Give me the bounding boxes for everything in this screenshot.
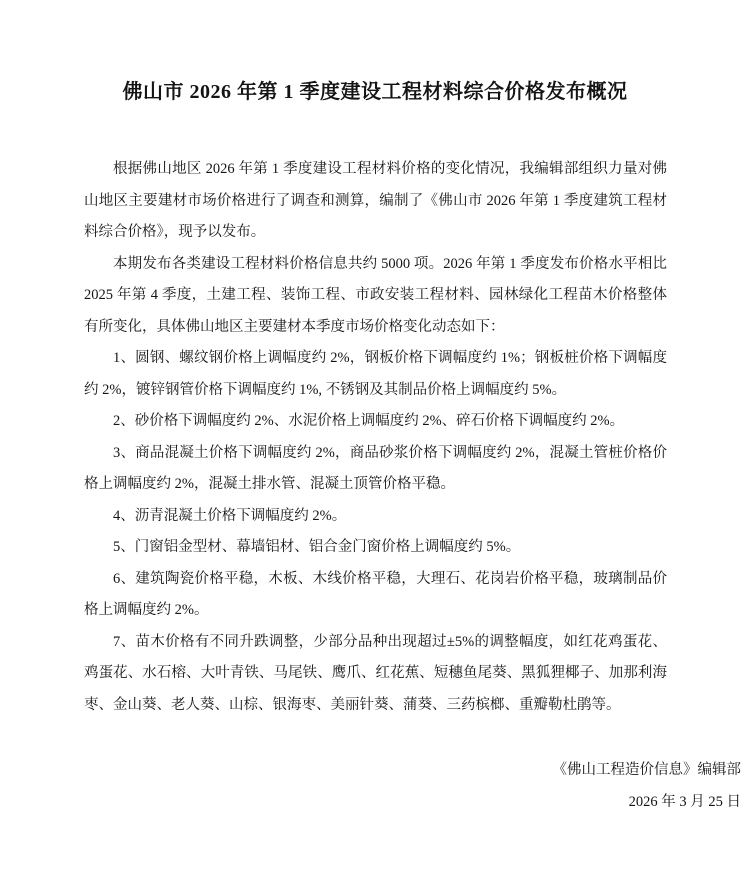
list-item-3-concrete: 3、商品混凝土价格下调幅度约 2%，商品砂浆价格下调幅度约 2%，混凝土管桩价格… [84, 438, 667, 501]
document-footer: 《佛山工程造价信息》编辑部 2026 年 3 月 25 日 [0, 755, 750, 818]
document-title: 佛山市 2026 年第 1 季度建设工程材料综合价格发布概况 [0, 0, 750, 106]
document-body: 根据佛山地区 2026 年第 1 季度建设工程材料价格的变化情况，我编辑部组织力… [84, 154, 667, 721]
document-page: 佛山市 2026 年第 1 季度建设工程材料综合价格发布概况 根据佛山地区 20… [0, 0, 750, 871]
list-item-7-seedlings: 7、苗木价格有不同升跌调整，少部分品种出现超过±5%的调整幅度，如红花鸡蛋花、鸡… [84, 627, 667, 722]
list-item-6-ceramics: 6、建筑陶瓷价格平稳，木板、木线价格平稳，大理石、花岗岩价格平稳，玻璃制品价格上… [84, 564, 667, 627]
signature-line: 《佛山工程造价信息》编辑部 [0, 755, 741, 787]
paragraph-intro: 根据佛山地区 2026 年第 1 季度建设工程材料价格的变化情况，我编辑部组织力… [84, 154, 667, 249]
list-item-2-sand-cement: 2、砂价格下调幅度约 2%、水泥价格上调幅度约 2%、碎石价格下调幅度约 2%。 [84, 406, 667, 438]
date-line: 2026 年 3 月 25 日 [0, 787, 741, 819]
paragraph-overview: 本期发布各类建设工程材料价格信息共约 5000 项。2026 年第 1 季度发布… [84, 249, 667, 344]
list-item-1-steel: 1、圆钢、螺纹钢价格上调幅度约 2%，钢板价格下调幅度约 1%；钢板桩价格下调幅… [84, 343, 667, 406]
list-item-5-aluminum: 5、门窗铝金型材、幕墙铝材、铝合金门窗价格上调幅度约 5%。 [84, 532, 667, 564]
list-item-4-asphalt: 4、沥青混凝土价格下调幅度约 2%。 [84, 501, 667, 533]
